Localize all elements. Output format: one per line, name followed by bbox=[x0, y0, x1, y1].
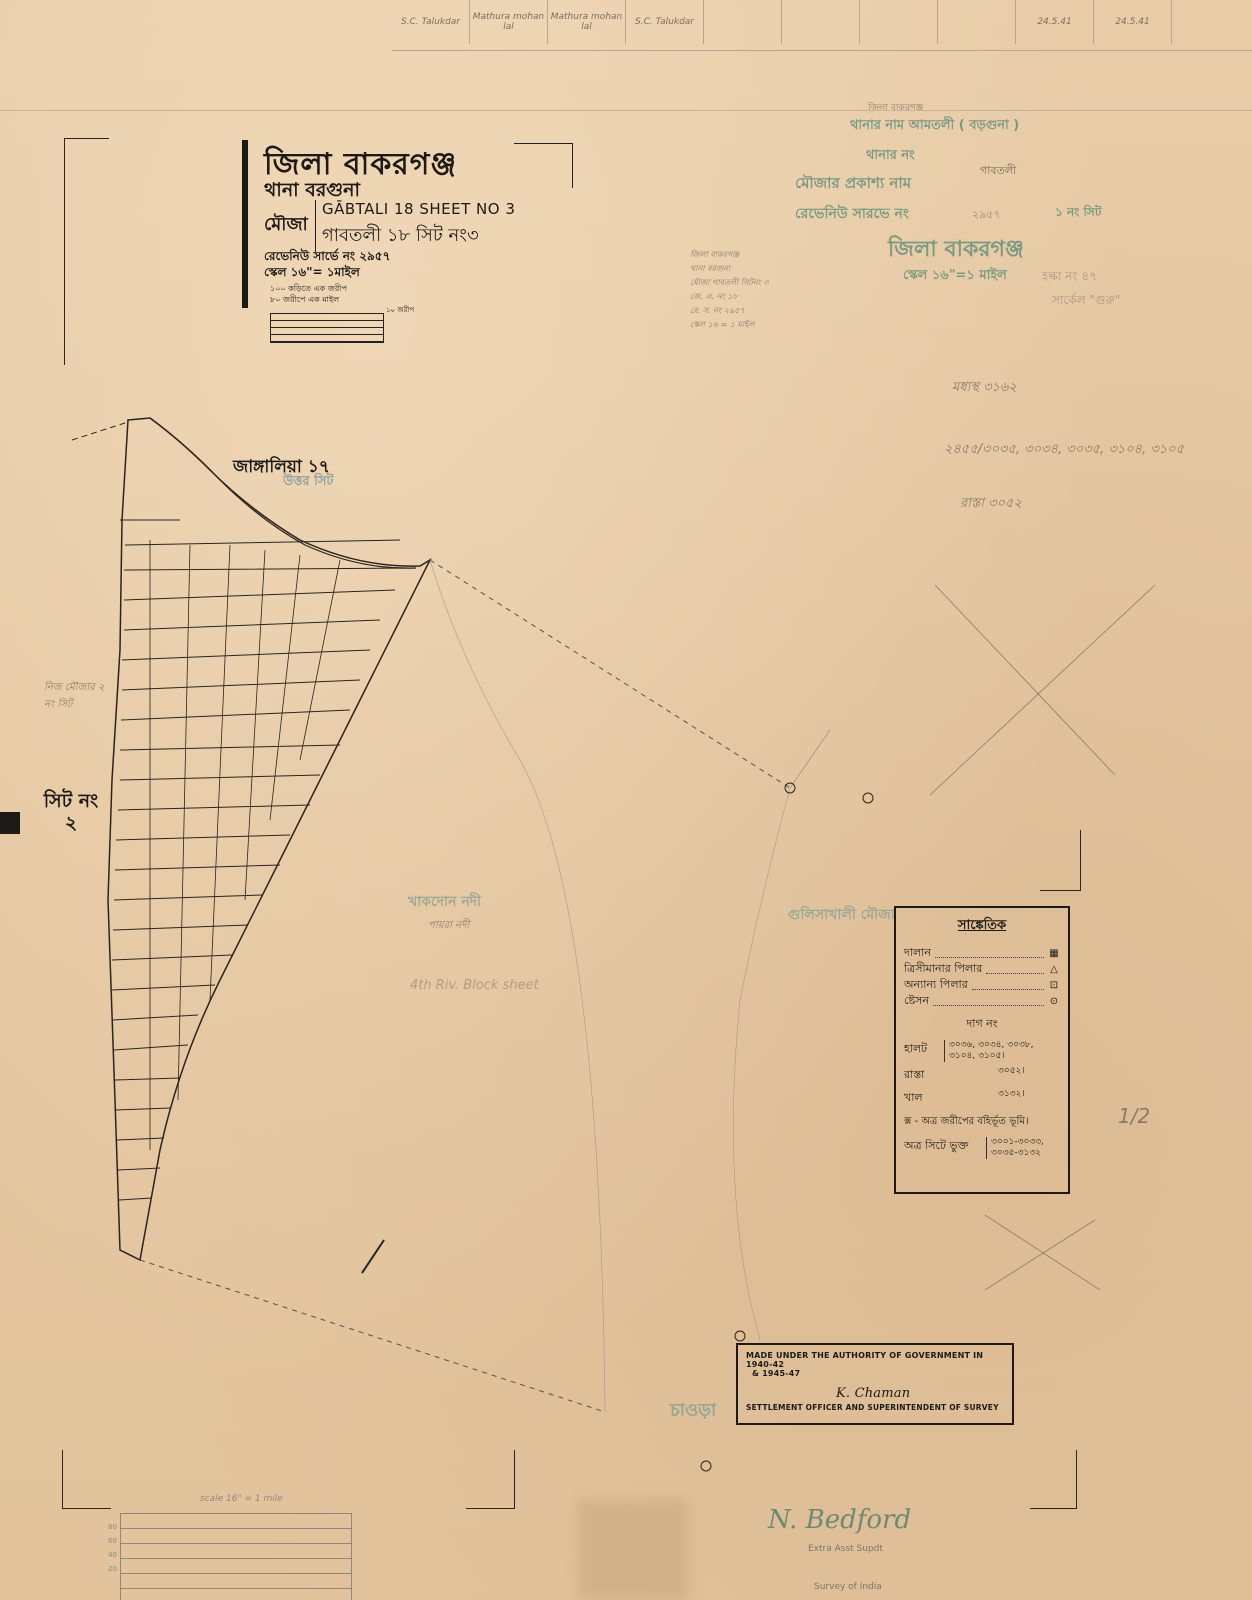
rasta-label: রাস্তা bbox=[904, 1066, 944, 1085]
settlement-officer-signature: K. Chaman bbox=[836, 1386, 1004, 1401]
legend-included: অত্র সিটে ভুক্ত ৩০০১-৩০৩৩, ৩০৩৫-৩১৩২ bbox=[904, 1137, 1060, 1159]
scale-tick: 20 bbox=[108, 1562, 117, 1576]
bottom-scale-ticks: 80 60 40 20 bbox=[108, 1520, 117, 1576]
station-icon: ⊙ bbox=[1048, 996, 1060, 1007]
khal-label: খাল bbox=[904, 1089, 944, 1108]
signatory-org: Survey of India bbox=[814, 1582, 882, 1592]
included-value: ৩০০১-৩০৩৩, ৩০৩৫-৩১৩২ bbox=[986, 1137, 1060, 1159]
triangle-pillar-icon: △ bbox=[1048, 964, 1060, 975]
sheet-no-2-label: সিট নং ২ bbox=[36, 790, 106, 834]
cadastral-map bbox=[0, 0, 1252, 1600]
legend-khal: খাল ৩১৩২। bbox=[904, 1089, 1060, 1108]
included-label: অত্র সিটে ভুক্ত bbox=[904, 1137, 986, 1156]
legend-rasta: রাস্তা ৩০৫২। bbox=[904, 1066, 1060, 1085]
excluded-note: ক্স - অত্র জরীপের বহির্ভূত ভূমি। bbox=[904, 1114, 1060, 1131]
uttar-sheet-label: উত্তর সিট bbox=[283, 472, 334, 493]
scale-tick: 80 bbox=[108, 1520, 117, 1534]
khal-value: ৩১৩২। bbox=[994, 1089, 1025, 1100]
legend-item-station: ষ্টেসন ⊙ bbox=[904, 993, 1060, 1009]
authority-line-2: & 1945-47 bbox=[746, 1369, 1004, 1378]
legend-item-label: ষ্টেসন bbox=[904, 992, 929, 1011]
scale-tick: 40 bbox=[108, 1548, 117, 1562]
rasta-value: ৩০৫২। bbox=[994, 1066, 1025, 1077]
bottom-scale-grid bbox=[120, 1513, 352, 1600]
authority-box: MADE UNDER THE AUTHORITY OF GOVERNMENT I… bbox=[736, 1343, 1014, 1425]
legend-halot: হালট ৩০৩৬, ৩০৩৪, ৩০৩৮, ৩১০৪, ৩১০৫। bbox=[904, 1040, 1060, 1062]
settlement-officer-title: SETTLEMENT OFFICER AND SUPERINTENDENT OF… bbox=[746, 1403, 1004, 1412]
building-icon: ▦ bbox=[1048, 948, 1060, 959]
bedford-signature: N. Bedford bbox=[768, 1505, 911, 1535]
paper-stain bbox=[578, 1500, 688, 1600]
square-pillar-icon: ⊡ bbox=[1048, 980, 1060, 991]
authority-line-1: MADE UNDER THE AUTHORITY OF GOVERNMENT I… bbox=[746, 1351, 1004, 1369]
bottom-scale-label: scale 16" = 1 mile bbox=[200, 1494, 283, 1504]
legend-box: সাঙ্কেতিক দালান ▦ ত্রিসীমানার পিলার △ অন… bbox=[894, 906, 1070, 1194]
halot-label: হালট bbox=[904, 1040, 944, 1059]
scale-tick: 60 bbox=[108, 1534, 117, 1548]
signatory-title: Extra Asst Supdt bbox=[808, 1544, 883, 1554]
halot-value: ৩০৩৬, ৩০৩৪, ৩০৩৮, ৩১০৪, ৩১০৫। bbox=[944, 1040, 1060, 1062]
legend-title: সাঙ্কেতিক bbox=[904, 916, 1060, 937]
dag-header: দাগ নং bbox=[904, 1015, 1060, 1034]
